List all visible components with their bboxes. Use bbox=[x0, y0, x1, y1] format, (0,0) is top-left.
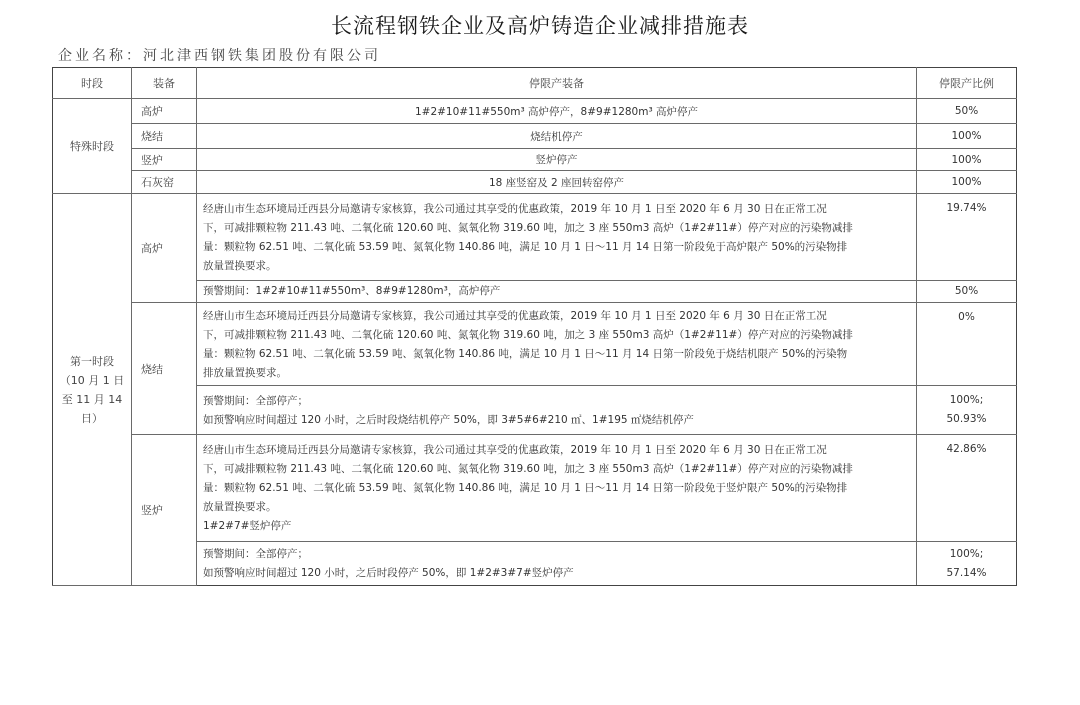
table-row: 竖炉 竖炉停产 100% bbox=[53, 149, 1017, 171]
measure-line: 下，可减排颗粒物 211.43 吨、二氧化硫 120.60 吨、氮氧化物 319… bbox=[203, 326, 910, 345]
table-row: 预警期间：全部停产； 如预警响应时间超过 120 小时，之后时段烧结机停产 50… bbox=[53, 386, 1017, 435]
table-header-row: 时段 装备 停限产装备 停限产比例 bbox=[53, 68, 1017, 99]
measure-line: 放量置换要求。 bbox=[203, 498, 910, 517]
measure-line: 经唐山市生态环境局迁西县分局邀请专家核算，我公司通过其享受的优惠政策，2019 … bbox=[203, 307, 910, 326]
measure-cell: 预警期间：全部停产； 如预警响应时间超过 120 小时，之后时段烧结机停产 50… bbox=[197, 386, 917, 435]
period-first-line: （10 月 1 日 bbox=[53, 371, 131, 390]
measure-line: 经唐山市生态环境局迁西县分局邀请专家核算，我公司通过其享受的优惠政策，2019 … bbox=[203, 200, 910, 219]
header-ratio: 停限产比例 bbox=[917, 68, 1017, 99]
emission-reduction-table: 时段 装备 停限产装备 停限产比例 特殊时段 高炉 1#2#10#11#550m… bbox=[52, 67, 1017, 586]
table-row: 石灰窑 18 座竖窑及 2 座回转窑停产 100% bbox=[53, 171, 1017, 194]
header-measures: 停限产装备 bbox=[197, 68, 917, 99]
table-row: 特殊时段 高炉 1#2#10#11#550m³ 高炉停产，8#9#1280m³ … bbox=[53, 99, 1017, 124]
ratio-cell: 100%; 50.93% bbox=[917, 386, 1017, 435]
ratio-cell: 19.74% bbox=[917, 194, 1017, 281]
measure-cell: 预警期间：1#2#10#11#550m³、8#9#1280m³，高炉停产 bbox=[197, 281, 917, 303]
measure-cell: 18 座竖窑及 2 座回转窑停产 bbox=[197, 171, 917, 194]
table-row: 第一时段 （10 月 1 日 至 11 月 14 日） 高炉 经唐山市生态环境局… bbox=[53, 194, 1017, 281]
company-line: 企业名称：河北津西钢铁集团股份有限公司 bbox=[58, 45, 381, 65]
ratio-cell: 42.86% bbox=[917, 435, 1017, 542]
ratio-value: 100%; bbox=[917, 545, 1016, 564]
measure-cell: 1#2#10#11#550m³ 高炉停产，8#9#1280m³ 高炉停产 bbox=[197, 99, 917, 124]
measure-line: 放量置换要求。 bbox=[203, 257, 910, 276]
company-name: 河北津西钢铁集团股份有限公司 bbox=[143, 48, 381, 64]
measure-line: 预警期间：全部停产； bbox=[203, 392, 910, 411]
header-equipment: 装备 bbox=[132, 68, 197, 99]
period-first-line: 第一时段 bbox=[53, 352, 131, 371]
table-row: 预警期间：1#2#10#11#550m³、8#9#1280m³，高炉停产 50% bbox=[53, 281, 1017, 303]
equipment-cell: 高炉 bbox=[132, 194, 197, 303]
equipment-cell: 高炉 bbox=[132, 99, 197, 124]
measure-line: 下，可减排颗粒物 211.43 吨、二氧化硫 120.60 吨、氮氧化物 319… bbox=[203, 460, 910, 479]
measure-line: 量：颗粒物 62.51 吨、二氧化硫 53.59 吨、氮氧化物 140.86 吨… bbox=[203, 345, 910, 364]
ratio-cell: 100% bbox=[917, 124, 1017, 149]
ratio-value: 50% bbox=[917, 282, 1016, 301]
measure-line: 排放量置换要求。 bbox=[203, 364, 910, 383]
ratio-cell: 50% bbox=[917, 99, 1017, 124]
measure-cell: 预警期间：全部停产； 如预警响应时间超过 120 小时，之后时段停产 50%，即… bbox=[197, 542, 917, 586]
ratio-value: 100%; bbox=[917, 391, 1016, 410]
measure-cell: 经唐山市生态环境局迁西县分局邀请专家核算，我公司通过其享受的优惠政策，2019 … bbox=[197, 194, 917, 281]
equipment-cell: 石灰窑 bbox=[132, 171, 197, 194]
company-label: 企业名称： bbox=[58, 48, 143, 64]
header-period: 时段 bbox=[53, 68, 132, 99]
ratio-cell: 100% bbox=[917, 171, 1017, 194]
table-row: 烧结 经唐山市生态环境局迁西县分局邀请专家核算，我公司通过其享受的优惠政策，20… bbox=[53, 303, 1017, 386]
equipment-cell: 烧结 bbox=[132, 303, 197, 435]
measure-line: 如预警响应时间超过 120 小时，之后时段烧结机停产 50%，即 3#5#6#2… bbox=[203, 411, 910, 430]
measure-cell: 经唐山市生态环境局迁西县分局邀请专家核算，我公司通过其享受的优惠政策，2019 … bbox=[197, 303, 917, 386]
equipment-cell: 烧结 bbox=[132, 124, 197, 149]
measure-line: 量：颗粒物 62.51 吨、二氧化硫 53.59 吨、氮氧化物 140.86 吨… bbox=[203, 238, 910, 257]
period-first-line: 日） bbox=[53, 409, 131, 428]
measure-line: 如预警响应时间超过 120 小时，之后时段停产 50%，即 1#2#3#7#竖炉… bbox=[203, 564, 910, 583]
measure-line: 1#2#7#竖炉停产 bbox=[203, 517, 910, 536]
ratio-cell: 0% bbox=[917, 303, 1017, 386]
measure-line: 经唐山市生态环境局迁西县分局邀请专家核算，我公司通过其享受的优惠政策，2019 … bbox=[203, 441, 910, 460]
ratio-value: 42.86% bbox=[917, 440, 1016, 459]
period-special: 特殊时段 bbox=[53, 99, 132, 194]
table-row: 预警期间：全部停产； 如预警响应时间超过 120 小时，之后时段停产 50%，即… bbox=[53, 542, 1017, 586]
table-row: 烧结 烧结机停产 100% bbox=[53, 124, 1017, 149]
equipment-cell: 竖炉 bbox=[132, 435, 197, 586]
period-first: 第一时段 （10 月 1 日 至 11 月 14 日） bbox=[53, 194, 132, 586]
measure-line: 下，可减排颗粒物 211.43 吨、二氧化硫 120.60 吨、氮氧化物 319… bbox=[203, 219, 910, 238]
ratio-value: 50.93% bbox=[917, 410, 1016, 429]
measure-line: 预警期间：1#2#10#11#550m³、8#9#1280m³，高炉停产 bbox=[203, 282, 910, 301]
equipment-cell: 竖炉 bbox=[132, 149, 197, 171]
document-title: 长流程钢铁企业及高炉铸造企业减排措施表 bbox=[0, 10, 1080, 40]
ratio-cell: 100%; 57.14% bbox=[917, 542, 1017, 586]
period-first-line: 至 11 月 14 bbox=[53, 390, 131, 409]
ratio-cell: 50% bbox=[917, 281, 1017, 303]
measure-line: 预警期间：全部停产； bbox=[203, 545, 910, 564]
ratio-cell: 100% bbox=[917, 149, 1017, 171]
ratio-value: 0% bbox=[917, 308, 1016, 327]
measure-cell: 经唐山市生态环境局迁西县分局邀请专家核算，我公司通过其享受的优惠政策，2019 … bbox=[197, 435, 917, 542]
measure-cell: 烧结机停产 bbox=[197, 124, 917, 149]
ratio-value: 57.14% bbox=[917, 564, 1016, 583]
measure-cell: 竖炉停产 bbox=[197, 149, 917, 171]
ratio-value: 19.74% bbox=[917, 199, 1016, 218]
measure-line: 量：颗粒物 62.51 吨、二氧化硫 53.59 吨、氮氧化物 140.86 吨… bbox=[203, 479, 910, 498]
table-row: 竖炉 经唐山市生态环境局迁西县分局邀请专家核算，我公司通过其享受的优惠政策，20… bbox=[53, 435, 1017, 542]
